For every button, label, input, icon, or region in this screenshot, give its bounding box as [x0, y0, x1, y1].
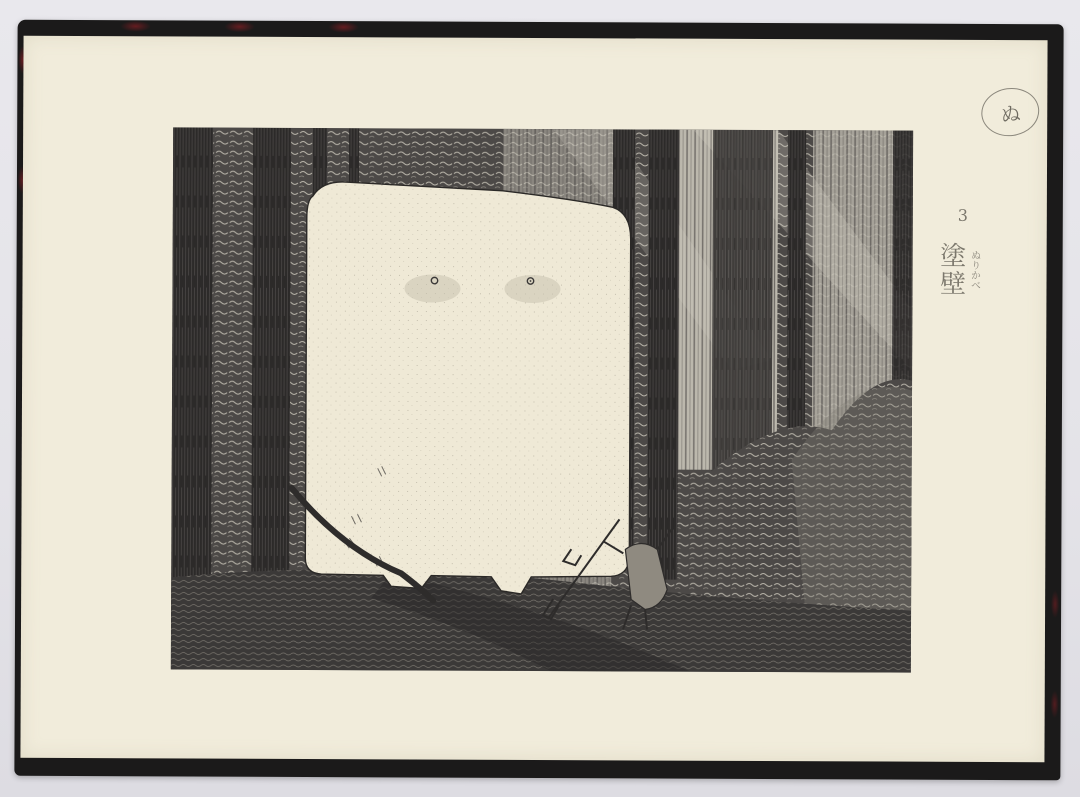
forest-illustration — [171, 127, 913, 672]
forest-scene-drawing — [171, 127, 913, 672]
title-furigana: ぬりかべ — [966, 250, 981, 290]
nurikabe-creature — [305, 182, 631, 595]
circle-mark-text: ぬ — [998, 96, 1022, 127]
artwork-paper: ぬ 3 塗壁 ぬりかべ — [20, 36, 1047, 762]
circle-mark-annotation: ぬ — [978, 84, 1042, 139]
page-number: 3 — [958, 206, 968, 225]
title-kanji: 塗壁 — [934, 242, 966, 298]
